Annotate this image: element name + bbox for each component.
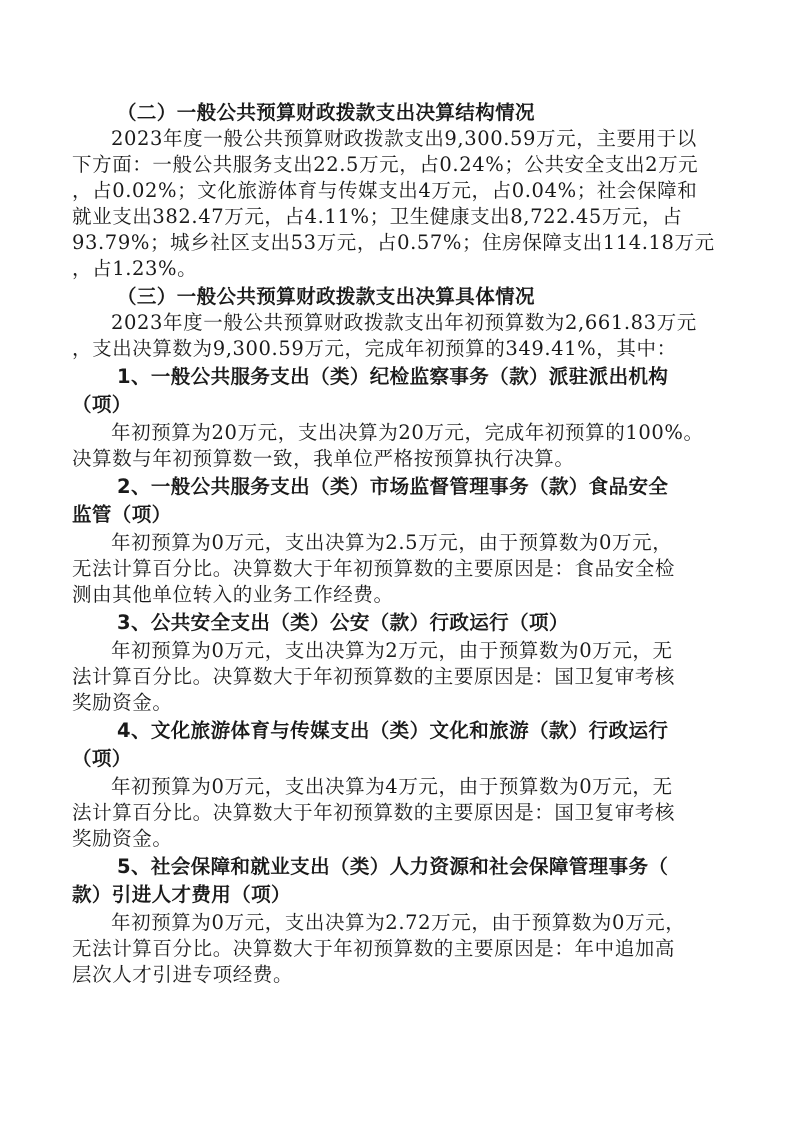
paragraph-line: ，占0.02%；文化旅游体育与传媒支出4万元，占0.04%；社会保障和 [72,178,697,204]
item-body-line: 年初预算为0万元，支出决算为2.72万元，由于预算数为0万元， [111,910,685,936]
item-title-1-cont: （项） [72,392,132,418]
paragraph-line: 2023年度一般公共预算财政拨款支出9,300.59万元，主要用于以 [111,126,697,152]
section-heading-structure: （二）一般公共预算财政拨款支出决算结构情况 [117,100,535,126]
item-body-line: 年初预算为0万元，支出决算为4万元，由于预算数为0万元，无 [111,774,673,800]
item-body-line: 法计算百分比。决算数大于年初预算数的主要原因是：国卫复审考核 [72,800,675,826]
item-title-1: 1、一般公共服务支出（类）纪检监察事务（款）派驻派出机构 [117,364,668,390]
section-heading-detail: （三）一般公共预算财政拨款支出决算具体情况 [117,284,535,310]
item-body-line: 年初预算为0万元，支出决算为2.5万元，由于预算数为0万元， [111,530,672,556]
item-body-line: 无法计算百分比。决算数大于年初预算数的主要原因是：年中追加高 [72,936,675,962]
paragraph-line: 下方面：一般公共服务支出22.5万元，占0.24%；公共安全支出2万元 [72,152,698,178]
paragraph-line: ，支出决算数为9,300.59万元，完成年初预算的349.41%，其中： [72,336,677,362]
item-body-line: 奖励资金。 [72,826,173,852]
item-body-line: 年初预算为0万元，支出决算为2万元，由于预算数为0万元，无 [111,638,673,664]
item-title-3: 3、公共安全支出（类）公安（款）行政运行（项） [117,610,569,636]
item-body-line: 法计算百分比。决算数大于年初预算数的主要原因是：国卫复审考核 [72,664,675,690]
item-title-2: 2、一般公共服务支出（类）市场监督管理事务（款）食品安全 [117,474,668,500]
paragraph-line: 就业支出382.47万元，占4.11%；卫生健康支出8,722.45万元，占 [72,204,682,230]
paragraph-line: 93.79%；城乡社区支出53万元，占0.57%；住房保障支出114.18万元 [72,230,715,256]
item-title-4: 4、文化旅游体育与传媒支出（类）文化和旅游（款）行政运行 [117,718,668,744]
item-title-4-cont: （项） [72,746,132,772]
paragraph-line: 2023年度一般公共预算财政拨款支出年初预算数为2,661.83万元 [111,310,697,336]
item-body-line: 测由其他单位转入的业务工作经费。 [72,582,394,608]
item-body-line: 年初预算为20万元，支出决算为20万元，完成年初预算的100%。 [111,420,704,446]
document-page: （二）一般公共预算财政拨款支出决算结构情况 2023年度一般公共预算财政拨款支出… [0,0,793,1122]
item-title-5: 5、社会保障和就业支出（类）人力资源和社会保障管理事务（ [117,854,668,880]
item-title-2-cont: 监管（项） [72,502,172,528]
item-body-line: 决算数与年初预算数一致，我单位严格按预算执行决算。 [72,446,575,472]
item-body-line: 奖励资金。 [72,690,173,716]
item-title-5-cont: 款）引进人才费用（项） [72,882,291,908]
paragraph-line: ，占1.23%。 [72,256,197,282]
item-body-line: 层次人才引进专项经费。 [72,962,293,988]
item-body-line: 无法计算百分比。决算数大于年初预算数的主要原因是：食品安全检 [72,556,675,582]
